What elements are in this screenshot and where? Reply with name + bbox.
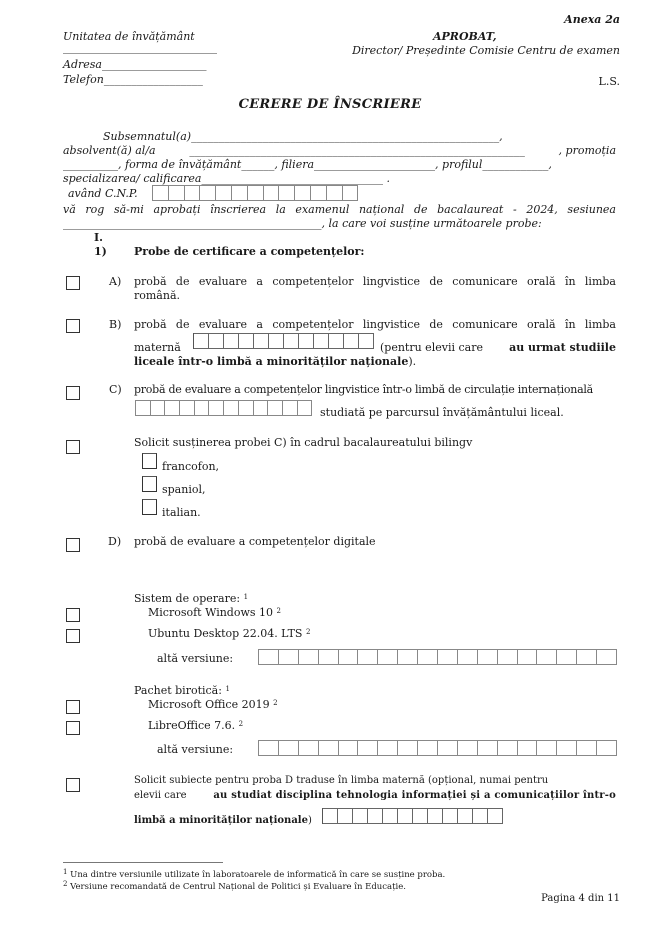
char-box[interactable] [398, 649, 418, 665]
approver-label: Director/ Președinte Comisie Centru de e… [352, 44, 620, 57]
char-box[interactable] [343, 185, 359, 201]
char-box[interactable] [299, 740, 319, 756]
exam-c-text: probă de evaluare a competențelor lingvi… [134, 383, 593, 396]
char-box[interactable] [254, 400, 269, 416]
char-box[interactable] [383, 808, 398, 824]
address-label: Adresa [63, 58, 102, 71]
char-box[interactable] [473, 808, 488, 824]
os-other-label: altă versiune: [157, 652, 233, 665]
exam-d-letter: D) [108, 535, 121, 548]
char-box[interactable] [327, 185, 343, 201]
char-box[interactable] [358, 649, 378, 665]
char-box[interactable] [264, 185, 280, 201]
char-box[interactable] [169, 185, 185, 201]
office-libreoffice-label: LibreOffice 7.6. 2 [148, 719, 243, 732]
char-box[interactable] [478, 649, 498, 665]
exam-a-letter: A) [109, 275, 121, 288]
exam-d-text: probă de evaluare a competențelor digita… [134, 535, 376, 548]
exam-d-checkbox[interactable] [66, 538, 80, 552]
char-box[interactable] [413, 808, 428, 824]
char-box[interactable] [268, 400, 283, 416]
char-box[interactable] [279, 185, 295, 201]
char-box[interactable] [438, 740, 458, 756]
char-box[interactable] [498, 649, 518, 665]
translation-language-input[interactable] [322, 808, 503, 824]
char-box[interactable] [338, 808, 353, 824]
request-text: vă rog să-mi aprobați înscrierea la exam… [63, 203, 616, 216]
cnp-input[interactable] [152, 185, 358, 201]
exam-c-letter: C) [109, 383, 122, 396]
translation-text: Solicit subiecte pentru proba D traduse … [134, 775, 616, 786]
office-label: Pachet birotică: 1 [134, 684, 230, 697]
char-box[interactable] [299, 333, 314, 349]
char-box[interactable] [254, 333, 269, 349]
char-box[interactable] [577, 649, 597, 665]
char-box[interactable] [279, 740, 299, 756]
char-box[interactable] [259, 649, 279, 665]
char-box[interactable] [216, 185, 232, 201]
exam-b-note-cont: liceale într-o limbă a minorităților naț… [134, 355, 416, 368]
office-msoffice-label: Microsoft Office 2019 2 [148, 698, 278, 711]
char-box[interactable] [259, 740, 279, 756]
char-box[interactable] [136, 400, 151, 416]
footnote-divider [63, 862, 223, 863]
char-box[interactable] [537, 740, 557, 756]
char-box[interactable] [378, 740, 398, 756]
os-windows-label: Microsoft Windows 10 2 [148, 606, 281, 619]
char-box[interactable] [359, 333, 374, 349]
page-number: Pagina 4 din 11 [541, 893, 620, 904]
char-box[interactable] [353, 808, 368, 824]
bilingual-checkbox[interactable] [66, 440, 80, 454]
name-field[interactable]: Subsemnatul(a)__________________________… [103, 130, 503, 143]
specialization-field[interactable]: specializarea/ calificarea______________… [63, 172, 390, 185]
char-box[interactable] [557, 740, 577, 756]
char-box[interactable] [195, 400, 210, 416]
char-box[interactable] [194, 333, 209, 349]
char-box[interactable] [180, 400, 195, 416]
section-heading: Probe de certificare a competențelor: [134, 245, 365, 258]
exam-b-text: probă de evaluare a competențelor lingvi… [134, 318, 616, 331]
annex-label: Anexa 2a [564, 13, 620, 26]
char-box[interactable] [428, 808, 443, 824]
char-box[interactable] [344, 333, 359, 349]
translation-checkbox[interactable] [66, 778, 80, 792]
char-box[interactable] [239, 400, 254, 416]
international-language-input[interactable] [135, 400, 312, 416]
char-box[interactable] [438, 649, 458, 665]
char-box[interactable] [209, 333, 224, 349]
session-field[interactable]: ________________________________________… [63, 217, 542, 230]
char-box[interactable] [398, 740, 418, 756]
exam-b-checkbox[interactable] [66, 319, 80, 333]
char-box[interactable] [311, 185, 327, 201]
char-box[interactable] [329, 333, 344, 349]
char-box[interactable] [295, 185, 311, 201]
char-box[interactable] [200, 185, 216, 201]
char-box[interactable] [299, 649, 319, 665]
char-box[interactable] [165, 400, 180, 416]
phone-field[interactable]: Telefon__________________ [63, 73, 203, 86]
char-box[interactable] [319, 740, 339, 756]
approved-label: APROBAT, [433, 30, 497, 43]
education-line[interactable]: __________, forma de învățământ______, f… [63, 158, 616, 171]
char-box[interactable] [398, 808, 413, 824]
unit-field[interactable]: ____________________________ [63, 41, 217, 54]
footnote-1: 1 Una dintre versiunile utilizate în lab… [63, 868, 445, 880]
char-box[interactable] [458, 808, 473, 824]
char-box[interactable] [518, 649, 538, 665]
char-box[interactable] [339, 740, 359, 756]
char-box[interactable] [283, 400, 298, 416]
char-box[interactable] [151, 400, 166, 416]
graduate-line[interactable]: absolvent(ă) al/a ______________________… [63, 144, 616, 157]
char-box[interactable] [323, 808, 338, 824]
char-box[interactable] [314, 333, 329, 349]
char-box[interactable] [339, 649, 359, 665]
bilingual-spaniol-checkbox[interactable] [142, 476, 157, 492]
char-box[interactable] [284, 333, 299, 349]
bilingual-spaniol-label: spaniol, [162, 483, 205, 496]
char-box[interactable] [458, 649, 478, 665]
os-label: Sistem de operare: 1 [134, 592, 248, 605]
exam-a-text-cont: română. [134, 289, 180, 302]
char-box[interactable] [224, 400, 239, 416]
char-box[interactable] [418, 649, 438, 665]
exam-b-note: (pentru elevii care au urmat studiile [380, 341, 616, 354]
char-box[interactable] [518, 740, 538, 756]
char-box[interactable] [319, 649, 339, 665]
os-ubuntu-label: Ubuntu Desktop 22.04. LTS 2 [148, 627, 310, 640]
bilingual-text: Solicit susținerea probei C) în cadrul b… [134, 436, 472, 449]
char-box[interactable] [537, 649, 557, 665]
bilingual-francofon-label: francofon, [162, 460, 219, 473]
translation-text-cont: elevii care au studiat disciplina tehnol… [134, 790, 616, 801]
exam-a-checkbox[interactable] [66, 276, 80, 290]
char-box[interactable] [209, 400, 224, 416]
footnote-2: 2 Versiune recomandată de Centrul Națion… [63, 880, 406, 892]
phone-label: Telefon [63, 73, 104, 86]
os-other-version-input[interactable] [258, 649, 617, 665]
char-box[interactable] [298, 400, 313, 416]
char-box[interactable] [478, 740, 498, 756]
bilingual-francofon-checkbox[interactable] [142, 453, 157, 469]
office-libreoffice-checkbox[interactable] [66, 721, 80, 735]
office-other-version-input[interactable] [258, 740, 617, 756]
maternal-language-input[interactable] [193, 333, 374, 349]
char-box[interactable] [597, 649, 617, 665]
char-box[interactable] [597, 740, 617, 756]
char-box[interactable] [224, 333, 239, 349]
cnp-label: având C.N.P. [68, 187, 138, 200]
char-box[interactable] [232, 185, 248, 201]
char-box[interactable] [269, 333, 284, 349]
section-roman: I. [94, 231, 103, 244]
char-box[interactable] [239, 333, 254, 349]
address-field[interactable]: Adresa___________________ [63, 58, 206, 71]
section-number: 1) [94, 245, 107, 258]
char-box[interactable] [368, 808, 383, 824]
char-box[interactable] [557, 649, 577, 665]
bilingual-italian-label: italian. [162, 506, 201, 519]
char-box[interactable] [358, 740, 378, 756]
char-box[interactable] [185, 185, 201, 201]
exam-c-checkbox[interactable] [66, 386, 80, 400]
exam-b-maternal-label: maternă [134, 341, 181, 354]
office-other-label: altă versiune: [157, 743, 233, 756]
char-box[interactable] [153, 185, 169, 201]
os-windows-checkbox[interactable] [66, 608, 80, 622]
char-box[interactable] [378, 649, 398, 665]
char-box[interactable] [418, 740, 438, 756]
char-box[interactable] [498, 740, 518, 756]
exam-a-text: probă de evaluare a competențelor lingvi… [134, 275, 616, 288]
char-box[interactable] [443, 808, 458, 824]
page-title: CERERE DE ÎNSCRIERE [0, 97, 660, 112]
translation-text-end: limbă a minorităților naționale) [134, 815, 312, 826]
char-box[interactable] [279, 649, 299, 665]
exam-c-text-cont: studiată pe parcursul învățământului lic… [320, 406, 564, 419]
seal-label: L.S. [599, 75, 620, 88]
bilingual-italian-checkbox[interactable] [142, 499, 157, 515]
office-msoffice-checkbox[interactable] [66, 700, 80, 714]
char-box[interactable] [458, 740, 478, 756]
exam-b-letter: B) [109, 318, 121, 331]
os-ubuntu-checkbox[interactable] [66, 629, 80, 643]
char-box[interactable] [488, 808, 503, 824]
char-box[interactable] [577, 740, 597, 756]
char-box[interactable] [248, 185, 264, 201]
